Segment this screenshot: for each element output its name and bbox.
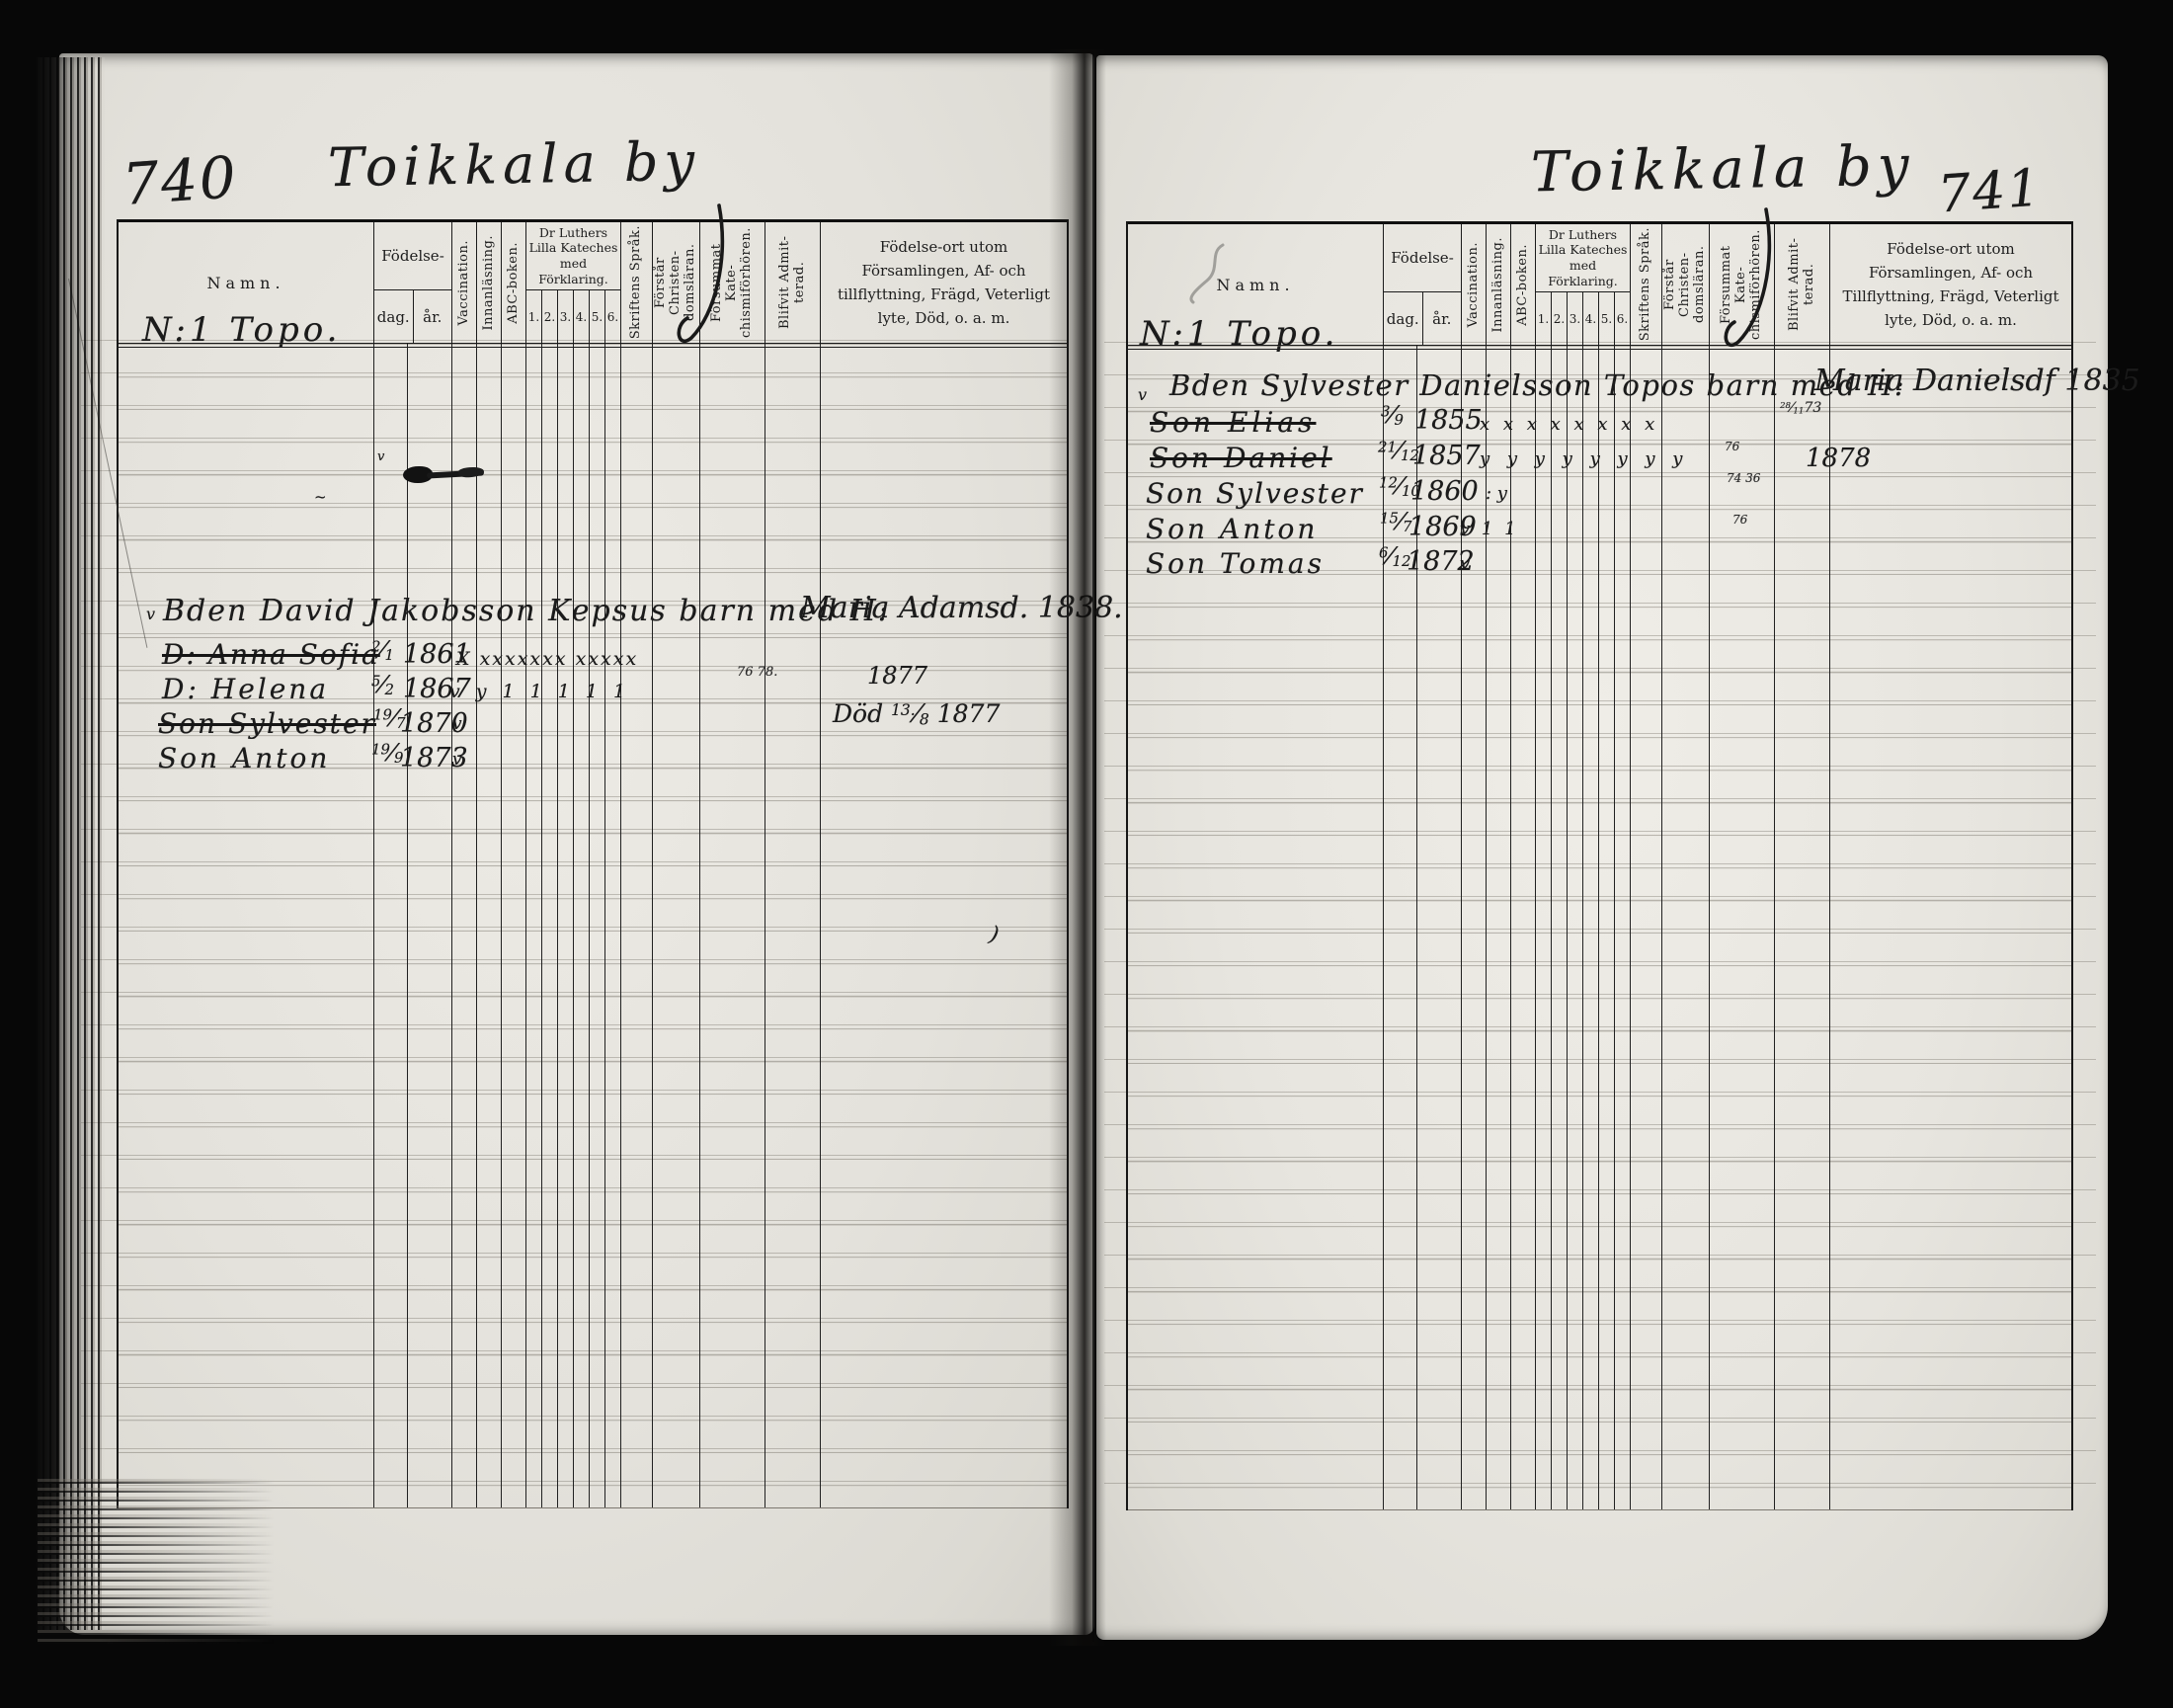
pen-flourish-right: [1717, 203, 1780, 371]
entry-note-year: 1878: [1806, 446, 1871, 471]
entry-reading-marks: : y: [1486, 485, 1507, 503]
entry-note-year: 1877: [867, 664, 927, 688]
entry-missed-exam-years: 76: [1732, 514, 1747, 526]
ink-blot: [403, 466, 433, 483]
header-birthplace-notes-label: Födelse-ort utom Församlingen, Af- och t…: [821, 235, 1067, 330]
birth-day-num: 19: [373, 705, 392, 723]
admitted-month: 11: [1793, 406, 1804, 416]
header-scripture: Skriftens Språk.: [1630, 224, 1661, 345]
header-admitted-label: Blifvit Admit- terad.: [1788, 227, 1817, 342]
register-table-left: Namn. N:1 Topo. Födelse- dag. år. Vaccin…: [117, 219, 1069, 1508]
entry-name: Son Anton: [158, 745, 330, 773]
death-word: Död: [833, 699, 883, 728]
header-name-column: Namn. N:1 Topo.: [119, 222, 373, 343]
header-birthplace-notes: Födelse-ort utom Församlingen, Af- och T…: [1829, 224, 2071, 345]
header-abc-book-label: ABC-boken.: [1516, 244, 1531, 326]
page-number-left: 740: [121, 148, 239, 213]
header-birth-day: dag.: [1384, 292, 1422, 345]
entry-head-note: Maria Adamsd. 1838.: [800, 594, 1123, 623]
header-vaccination-label: Vaccination.: [1467, 242, 1482, 328]
header-catechism-3: 3.: [1567, 292, 1582, 345]
header-vaccination: Vaccination.: [451, 222, 476, 343]
entry-reading-marks: v: [1460, 555, 1470, 573]
header-scripture: Skriftens Språk.: [620, 222, 652, 343]
birth-day-num: 19: [371, 740, 390, 758]
header-catechism-5: 5.: [1598, 292, 1614, 345]
book-fold-line: [1092, 51, 1094, 1642]
entry-birth-day: 157: [1380, 510, 1411, 534]
entry-reading-marks: y y y y y y y y: [1480, 450, 1688, 468]
register-table-right: Namn. N:1 Topo. Födelse- dag. år. Vaccin…: [1126, 221, 2073, 1510]
pen-flourish-left: [670, 200, 733, 367]
header-abc-book: ABC-boken.: [501, 222, 525, 343]
table-header-left: Namn. N:1 Topo. Födelse- dag. år. Vaccin…: [119, 219, 1067, 344]
death-year: 1877: [937, 699, 1001, 728]
header-abc-book: ABC-boken.: [1510, 224, 1535, 345]
header-birth-label: Födelse-: [1384, 224, 1461, 292]
entry-name: Son Sylvester: [158, 710, 376, 738]
header-catechism-4: 4.: [1582, 292, 1598, 345]
header-birth-day: dag.: [374, 290, 413, 343]
header-reading: Innanläsning.: [476, 222, 501, 343]
death-day: 13.: [891, 701, 916, 719]
header-birth-year: år.: [413, 290, 452, 343]
entry-head-note: Maria Danielsdf 1835: [1814, 366, 2140, 396]
entry-head-text: Bden David Jakobsson Kepsus barn med H:: [163, 597, 890, 626]
header-reading-label: Innanläsning.: [1491, 237, 1506, 332]
header-scripture-label: Skriftens Språk.: [1639, 227, 1653, 341]
header-catechism-1: 1.: [526, 290, 541, 343]
header-abc-book-label: ABC-boken.: [507, 242, 522, 324]
header-birth-group: Födelse- dag. år.: [373, 222, 451, 343]
stray-tilde-mark: ~: [314, 490, 327, 505]
entry-birth-year: 1860: [1410, 478, 1479, 505]
header-birthplace-notes: Födelse-ort utom Församlingen, Af- och t…: [820, 222, 1067, 343]
entry-birth-year: 1855: [1414, 407, 1483, 434]
entry-name: Son Anton: [1146, 516, 1318, 543]
pencil-squiggle: [1179, 239, 1239, 308]
page-title-left: Toikkala by: [328, 135, 701, 196]
entry-name: Son Sylvester: [1146, 480, 1364, 508]
entry-name: Son Tomas: [1146, 550, 1325, 578]
village-heading-left: N:1 Topo.: [142, 313, 341, 347]
entry-birth-day: 39: [1381, 403, 1404, 428]
entry-name: D: Helena: [162, 676, 329, 703]
header-catechism-6: 6.: [1614, 292, 1630, 345]
header-vaccination-label: Vaccination.: [457, 240, 472, 326]
entry-check: v: [1138, 387, 1147, 403]
header-catechism-6: 6.: [604, 290, 620, 343]
entry-name: D: Anna Sofia: [162, 641, 380, 669]
entry-death-note: Död 13.8 1877: [833, 701, 1000, 728]
entry-reading-marks: x x x x x x x x: [1480, 416, 1658, 434]
entry-missed-exam-years: 76 78.: [737, 666, 777, 679]
stray-check-mark: v: [377, 450, 384, 463]
page-right: 741 Toikkala by Namn. N:1 Topo. Födelse-…: [1096, 55, 2108, 1640]
birth-day-den: 2: [384, 681, 393, 698]
header-vaccination: Vaccination.: [1461, 224, 1486, 345]
stray-paren-mark: ): [987, 924, 1001, 946]
header-admitted: Blifvit Admit- terad.: [1774, 224, 1829, 345]
admitted-day: 28: [1780, 401, 1791, 411]
header-catechism-3: 3.: [557, 290, 573, 343]
header-catechism-group: Dr Luthers Lilla Kateches med Förklaring…: [525, 222, 620, 343]
entry-head-text: Bden Sylvester Danielsson Topos barn med…: [1169, 371, 1905, 400]
header-understands-label: Förstår Christen- domsläran.: [1663, 227, 1708, 342]
entry-reading-marks: v 1 1: [1460, 521, 1519, 538]
header-admitted: Blifvit Admit- terad.: [765, 222, 820, 343]
page-title-right: Toikkala by: [1531, 139, 1915, 202]
header-catechism-2: 2.: [541, 290, 557, 343]
header-catechism-label: Dr Luthers Lilla Kateches med Förklaring…: [1536, 224, 1630, 292]
header-reading: Innanläsning.: [1486, 224, 1510, 345]
header-name-label: Namn.: [206, 274, 284, 292]
header-birth-label: Födelse-: [374, 222, 451, 290]
entry-birth-day: 199: [371, 741, 403, 766]
header-catechism-1: 1.: [1536, 292, 1551, 345]
entry-check: v: [146, 607, 155, 622]
header-catechism-4: 4.: [573, 290, 589, 343]
table-header-right: Namn. N:1 Topo. Födelse- dag. år. Vaccin…: [1128, 221, 2071, 346]
birth-day-num: 12: [1379, 473, 1398, 491]
entry-admitted-date: 281173: [1780, 401, 1821, 416]
page-left: 740 Toikkala by Namn. N:1 Topo. Födelse-…: [59, 53, 1094, 1635]
header-admitted-label: Blifvit Admit- terad.: [778, 225, 808, 340]
entry-vaccination-mark: v.: [452, 752, 465, 769]
table-body-right: v Bden Sylvester Danielsson Topos barn m…: [1128, 346, 2071, 1510]
birth-day-den: 9: [1394, 411, 1403, 429]
header-catechism-5: 5.: [589, 290, 604, 343]
header-name-column: Namn. N:1 Topo.: [1128, 224, 1383, 345]
birth-day-den: 1: [384, 646, 393, 664]
entry-birth-day: 21: [371, 638, 394, 663]
entry-missed-exam-years: 76: [1725, 441, 1739, 452]
header-birthplace-notes-label: Födelse-ort utom Församlingen, Af- och T…: [1830, 237, 2071, 332]
book-spread: 740 Toikkala by Namn. N:1 Topo. Födelse-…: [0, 0, 2173, 1708]
entry-birth-year: 1857: [1412, 443, 1481, 469]
entry-vaccination-mark: v.: [452, 716, 465, 733]
header-birth-group: Födelse- dag. år.: [1383, 224, 1461, 345]
death-date-fraction: 13.8: [891, 701, 929, 728]
admitted-year: 73: [1804, 400, 1821, 416]
entry-name: Son Elias: [1150, 409, 1316, 437]
entry-reading-marks: v y 1 1 1 1 1: [449, 683, 630, 701]
birth-day-num: 21: [1378, 438, 1397, 455]
header-reading-label: Innanläsning.: [482, 235, 497, 330]
header-catechism-group: Dr Luthers Lilla Kateches med Förklaring…: [1535, 224, 1630, 345]
death-month: 8: [920, 710, 929, 728]
entry-name: Son Daniel: [1150, 445, 1332, 472]
page-number-right: 741: [1936, 162, 2044, 220]
header-understands: Förstår Christen- domsläran.: [1661, 224, 1709, 345]
table-body-left: v ~ ) v Bden David Jakobsson Kepsus barn…: [119, 344, 1067, 1508]
header-birth-year: år.: [1422, 292, 1462, 345]
entry-birth-day: 52: [371, 673, 394, 697]
birth-day-num: 15: [1380, 509, 1399, 527]
entry-reading-marks: X xxxxxxx xxxxx: [456, 650, 638, 669]
entry-missed-exam-years: 74 36: [1727, 472, 1760, 484]
header-catechism-2: 2.: [1551, 292, 1567, 345]
header-scripture-label: Skriftens Språk.: [629, 225, 644, 339]
header-catechism-label: Dr Luthers Lilla Kateches med Förklaring…: [526, 222, 620, 290]
